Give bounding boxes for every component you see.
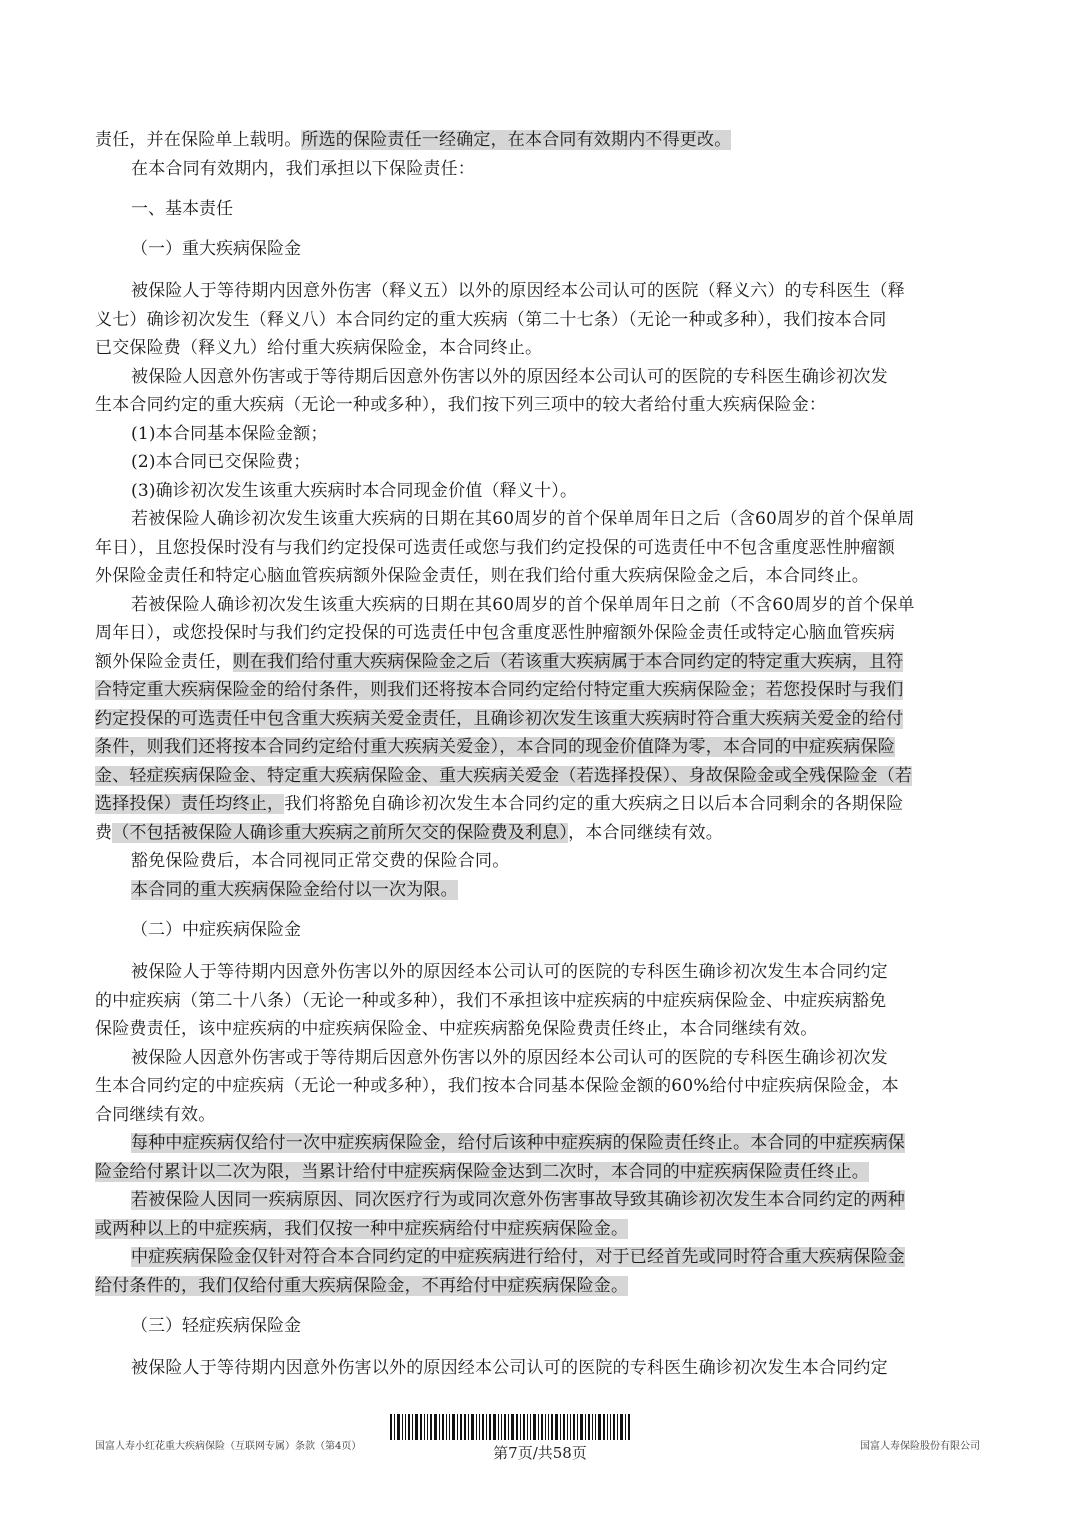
barcode-bar [625,1414,626,1440]
text-segment: 的中症疾病（第二十八条）（无论一种或多种），我们不承担该中症疾病的中症疾病保险金… [95,991,886,1011]
text-segment: 生本合同约定的重大疾病（无论一种或多种），我们按下列三项中的较大者给付重大疾病保… [95,395,826,415]
text-line: 若被保险人确诊初次发生该重大疾病的日期在其60周岁的首个保单周年日之后（含60周… [95,505,988,534]
highlighted-text: 每种中症疾病仅给付一次中症疾病保险金，给付后该种中症疾病的保险责任终止。本合同的… [131,1133,905,1153]
barcode-bar [527,1414,528,1440]
barcode-bar [555,1414,558,1440]
text-line: 义七）确诊初次发生（释义八）本合同约定的重大疾病（第二十七条）（无论一种或多种）… [95,306,988,335]
intro-text: 责任，并在保险单上载明。所选的保险责任一经确定，在本合同有效期内不得更改。在本合… [95,126,988,183]
barcode-bar [545,1414,546,1440]
barcode-bar [415,1414,418,1440]
highlighted-text: 选择投保）责任均终止， [95,794,284,814]
barcode-bar [390,1414,392,1440]
barcode-bar [412,1414,413,1440]
barcode-bar [408,1414,410,1440]
barcode-bar [628,1414,630,1440]
text-segment: 费 [95,823,112,843]
barcode-bar [464,1414,466,1440]
highlighted-text: （不包括被保险人确诊重大疾病之前所欠交的保险费及利息） [112,823,568,843]
text-segment: 被保险人于等待期内因意外伤害以外的原因经本公司认可的医院的专科医生确诊初次发生本… [131,962,888,982]
barcode-bar [592,1414,593,1440]
text-line: 额外保险金责任，则在我们给付重大疾病保险金之后（若该重大疾病属于本合同约定的特定… [95,648,988,677]
barcode-bar [541,1414,543,1440]
text-line: 合同继续有效。 [95,1101,988,1130]
text-line: 在本合同有效期内，我们承担以下保险责任： [95,155,988,184]
text-line: 选择投保）责任均终止，我们将豁免自确诊初次发生本合同约定的重大疾病之日以后本合同… [95,790,988,819]
highlighted-text: 约定投保的可选责任中包含重大疾病关爱金责任，且确诊初次发生该重大疾病时符合重大疾… [95,709,903,729]
barcode-bar [585,1414,586,1440]
highlighted-text: 合特定重大疾病保险金的给付条件，则我们还将按本合同约定给付特定重大疾病保险金；若… [95,680,903,700]
barcode-bar [501,1414,502,1440]
text-line: 约定投保的可选责任中包含重大疾病关爱金责任，且确诊初次发生该重大疾病时符合重大疾… [95,705,988,734]
document-page: 责任，并在保险单上载明。所选的保险责任一经确定，在本合同有效期内不得更改。在本合… [95,126,988,1383]
text-line: 年日），且您投保时没有与我们约定投保可选责任或您与我们约定投保的可选责任中不包含… [95,534,988,563]
text-segment: 额外保险金责任， [95,652,233,672]
barcode-bar [560,1414,561,1440]
barcode-bar [457,1414,458,1440]
barcode [390,1414,700,1440]
text-segment: 若被保险人确诊初次发生该重大疾病的日期在其60周岁的首个保单周年日之后（含60周… [131,509,915,529]
text-segment: 被保险人因意外伤害或于等待期后因意外伤害以外的原因经本公司认可的医院的专科医生确… [131,1048,888,1068]
page-footer: 国富人寿小红花重大疾病保险（互联网专属）条款（第4页） 国富人寿保险股份有限公司… [0,1410,1080,1470]
text-segment: 我们将豁免自确诊初次发生本合同约定的重大疾病之日以后本合同剩余的各期保险 [284,794,903,814]
text-line: 费（不包括被保险人确诊重大疾病之前所欠交的保险费及利息），本合同继续有效。 [95,819,988,848]
text-segment: 外保险金责任和特定心脑血管疾病额外保险金责任，则在我们给付重大疾病保险金之后，本… [95,566,869,586]
barcode-bar [607,1414,608,1440]
text-line: 责任，并在保险单上载明。所选的保险责任一经确定，在本合同有效期内不得更改。 [95,126,988,155]
critical-illness-clauses: 被保险人于等待期内因意外伤害（释义五）以外的原因经本公司认可的医院（释义六）的专… [95,277,988,904]
barcode-bar [402,1414,403,1440]
text-line: 险金给付累计以二次为限，当累计给付中症疾病保险金达到二次时，本合同的中症疾病保险… [95,1158,988,1187]
barcode-bar [504,1414,506,1440]
barcode-bar [613,1414,615,1440]
barcode-bar [489,1414,491,1440]
barcode-bar [595,1414,596,1440]
page-number: 第7页/共58页 [0,1442,1080,1463]
barcode-bar [460,1414,462,1440]
text-line: 被保险人因意外伤害或于等待期后因意外伤害以外的原因经本公司认可的医院的专科医生确… [95,363,988,392]
highlighted-text: 中症疾病保险金仅针对符合本合同约定的中症疾病进行给付，对于已经首先或同时符合重大… [131,1247,905,1267]
text-line: 周年日），或您投保时与我们约定投保的可选责任中包含重度恶性肿瘤额外保险金责任或特… [95,619,988,648]
text-line: 被保险人于等待期内因意外伤害（释义五）以外的原因经本公司认可的医院（释义六）的专… [95,277,988,306]
text-line: 生本合同约定的中症疾病（无论一种或多种），我们按本合同基本保险金额的60%给付中… [95,1072,988,1101]
text-line: 被保险人因意外伤害或于等待期后因意外伤害以外的原因经本公司认可的医院的专科医生确… [95,1044,988,1073]
barcode-bar [580,1414,583,1440]
barcode-bar [471,1414,474,1440]
text-line: 给付条件的，我们仅给付重大疾病保险金，不再给付中症疾病保险金。 [95,1272,988,1301]
barcode-bar [486,1414,487,1440]
highlighted-text: 险金给付累计以二次为限，当累计给付中症疾病保险金达到二次时，本合同的中症疾病保险… [95,1162,869,1182]
text-line: 已交保险费（释义九）给付重大疾病保险金，本合同终止。 [95,334,988,363]
barcode-bar [442,1414,444,1440]
barcode-bar [449,1414,450,1440]
section-heading-basic-liability: 一、基本责任 [95,195,988,223]
barcode-bar [476,1414,477,1440]
barcode-bar [439,1414,440,1440]
barcode-bar [452,1414,455,1440]
barcode-bar [588,1414,590,1440]
barcode-bar [603,1414,605,1440]
text-line: 金、轻症疾病保险金、特定重大疾病保险金、重大疾病关爱金（若选择投保）、身故保险金… [95,762,988,791]
barcode-bar [446,1414,447,1440]
text-line: 若被保险人确诊初次发生该重大疾病的日期在其60周岁的首个保单周年日之前（不含60… [95,591,988,620]
text-segment: 周年日），或您投保时与我们约定投保的可选责任中包含重度恶性肿瘤额外保险金责任或特… [95,623,895,643]
barcode-bar [430,1414,432,1440]
text-segment: 已交保险费（释义九）给付重大疾病保险金，本合同终止。 [95,338,542,358]
subsection-heading-critical-illness: （一）重大疾病保险金 [95,235,988,263]
barcode-bar [424,1414,425,1440]
barcode-bar [533,1414,536,1440]
barcode-bar [434,1414,437,1440]
highlighted-text: 金、轻症疾病保险金、特定重大疾病保险金、重大疾病关爱金（若选择投保）、身故保险金… [95,766,912,786]
text-segment: (1)本合同基本保险金额； [131,424,328,444]
text-line: (3)确诊初次发生该重大疾病时本合同现金价值（释义十）。 [95,477,988,506]
barcode-bar [523,1414,525,1440]
text-segment: 豁免保险费后，本合同视同正常交费的保险合同。 [131,851,509,871]
text-line: 生本合同约定的重大疾病（无论一种或多种），我们按下列三项中的较大者给付重大疾病保… [95,391,988,420]
text-segment: 若被保险人确诊初次发生该重大疾病的日期在其60周岁的首个保单周年日之前（不含60… [131,595,915,615]
text-segment: 被保险人于等待期内因意外伤害（释义五）以外的原因经本公司认可的医院（释义六）的专… [131,281,905,301]
highlighted-text: 本合同的重大疾病保险金给付以一次为限。 [131,880,458,900]
barcode-bar [538,1414,539,1440]
text-line: 豁免保险费后，本合同视同正常交费的保险合同。 [95,847,988,876]
barcode-bar [551,1414,553,1440]
barcode-bar [567,1414,568,1440]
text-line: 外保险金责任和特定心脑血管疾病额外保险金责任，则在我们给付重大疾病保险金之后，本… [95,562,988,591]
barcode-bar [516,1414,518,1440]
barcode-bar [397,1414,400,1440]
text-line: 本合同的重大疾病保险金给付以一次为限。 [95,876,988,905]
barcode-bar [577,1414,578,1440]
text-line: 保险费责任，该中症疾病的中症疾病保险金、中症疾病豁免保险费责任终止，本合同继续有… [95,1015,988,1044]
barcode-bar [520,1414,521,1440]
barcode-bar [405,1414,406,1440]
text-line: 被保险人于等待期内因意外伤害以外的原因经本公司认可的医院的专科医生确诊初次发生本… [95,958,988,987]
barcode-bar [427,1414,428,1440]
barcode-bar [511,1414,514,1440]
text-segment: (2)本合同已交保险费； [131,452,310,472]
text-line: 中症疾病保险金仅针对符合本合同约定的中症疾病进行给付，对于已经首先或同时符合重大… [95,1243,988,1272]
barcode-bar [420,1414,422,1440]
barcode-bar [573,1414,575,1440]
moderate-illness-clauses: 被保险人于等待期内因意外伤害以外的原因经本公司认可的医院的专科医生确诊初次发生本… [95,958,988,1300]
text-segment: 生本合同约定的中症疾病（无论一种或多种），我们按本合同基本保险金额的60%给付中… [95,1076,899,1096]
barcode-bar [482,1414,484,1440]
text-line: 每种中症疾病仅给付一次中症疾病保险金，给付后该种中症疾病的保险责任终止。本合同的… [95,1129,988,1158]
barcode-bar [598,1414,601,1440]
barcode-bar [563,1414,565,1440]
text-segment: 保险费责任，该中症疾病的中症疾病保险金、中症疾病豁免保险费责任终止，本合同继续有… [95,1019,817,1039]
text-segment: 年日），且您投保时没有与我们约定投保可选责任或您与我们约定投保的可选责任中不包含… [95,538,895,558]
barcode-bar [394,1414,395,1440]
barcode-bar [479,1414,480,1440]
text-segment: 义七）确诊初次发生（释义八）本合同约定的重大疾病（第二十七条）（无论一种或多种）… [95,310,886,330]
highlighted-text: 若被保险人因同一疾病原因、同次医疗行为或同次意外伤害事故导致其确诊初次发生本合同… [131,1190,905,1210]
barcode-bar [570,1414,571,1440]
text-segment: 在本合同有效期内，我们承担以下保险责任： [131,159,475,179]
text-line: 合特定重大疾病保险金的给付条件，则我们还将按本合同约定给付特定重大疾病保险金；若… [95,676,988,705]
barcode-bar [548,1414,549,1440]
text-line: 的中症疾病（第二十八条）（无论一种或多种），我们不承担该中症疾病的中症疾病保险金… [95,987,988,1016]
text-segment: 合同继续有效。 [95,1105,215,1125]
highlighted-text: 条件，则我们还将按本合同约定给付重大疾病关爱金），本合同的现金价值降为零，本合同… [95,737,895,757]
barcode-bar [468,1414,469,1440]
barcode-bar [508,1414,509,1440]
text-line: 被保险人于等待期内因意外伤害以外的原因经本公司认可的医院的专科医生确诊初次发生本… [95,1354,988,1383]
barcode-bar [530,1414,531,1440]
subsection-heading-mild-illness: （三）轻症疾病保险金 [95,1312,988,1340]
highlighted-text: 所选的保险责任一经确定，在本合同有效期内不得更改。 [301,130,731,150]
subsection-heading-moderate-illness: （二）中症疾病保险金 [95,916,988,944]
barcode-bar [610,1414,611,1440]
mild-illness-clauses: 被保险人于等待期内因意外伤害以外的原因经本公司认可的医院的专科医生确诊初次发生本… [95,1354,988,1383]
text-segment: ，本合同继续有效。 [568,823,723,843]
text-segment: 被保险人因意外伤害或于等待期后因意外伤害以外的原因经本公司认可的医院的专科医生确… [131,367,888,387]
highlighted-text: 或两种以上的中症疾病，我们仅按一种中症疾病给付中症疾病保险金。 [95,1219,628,1239]
text-segment: 被保险人于等待期内因意外伤害以外的原因经本公司认可的医院的专科医生确诊初次发生本… [131,1358,888,1378]
text-line: (1)本合同基本保险金额； [95,420,988,449]
text-line: 条件，则我们还将按本合同约定给付重大疾病关爱金），本合同的现金价值降为零，本合同… [95,733,988,762]
text-line: (2)本合同已交保险费； [95,448,988,477]
text-segment: (3)确诊初次发生该重大疾病时本合同现金价值（释义十）。 [131,481,577,501]
highlighted-text: 给付条件的，我们仅给付重大疾病保险金，不再给付中症疾病保险金。 [95,1276,628,1296]
barcode-bar [620,1414,623,1440]
barcode-bar [498,1414,499,1440]
text-line: 或两种以上的中症疾病，我们仅按一种中症疾病给付中症疾病保险金。 [95,1215,988,1244]
barcode-bar [617,1414,618,1440]
text-line: 若被保险人因同一疾病原因、同次医疗行为或同次意外伤害事故导致其确诊初次发生本合同… [95,1186,988,1215]
highlighted-text: 则在我们给付重大疾病保险金之后（若该重大疾病属于本合同约定的特定重大疾病，且符 [233,652,904,672]
text-segment: 责任，并在保险单上载明。 [95,130,301,150]
barcode-bar [493,1414,496,1440]
